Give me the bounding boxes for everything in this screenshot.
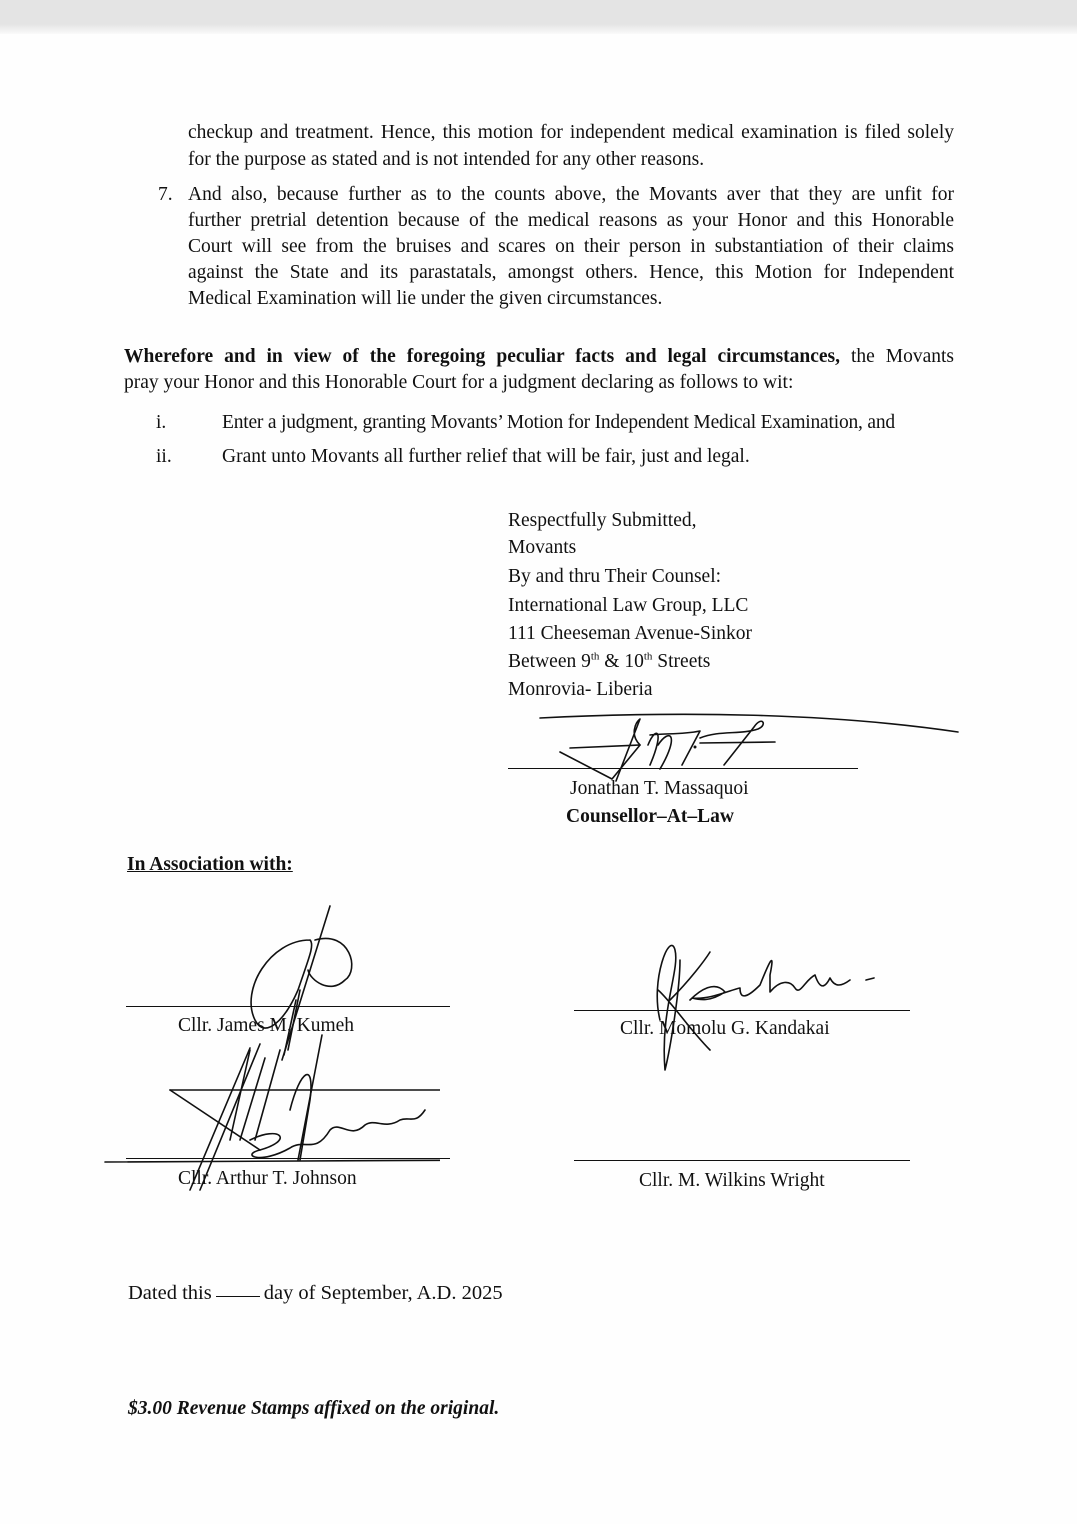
paragraph-line: for the purpose as stated and is not int… bbox=[188, 147, 954, 173]
signature-line bbox=[508, 768, 858, 769]
submission-line: By and thru Their Counsel: bbox=[508, 564, 721, 590]
dated-line: Dated thisday of September, A.D. 2025 bbox=[128, 1280, 503, 1306]
signature-line bbox=[574, 1160, 910, 1161]
relief-item-text: Grant unto Movants all further relief th… bbox=[222, 444, 750, 470]
submission-line: Respectfully Submitted, bbox=[508, 508, 696, 534]
paragraph-line: against the State and its parastatals, a… bbox=[188, 260, 954, 286]
paragraph-number: 7. bbox=[158, 182, 173, 208]
paragraph-line: checkup and treatment. Hence, this motio… bbox=[188, 120, 954, 146]
revenue-stamp-note: $3.00 Revenue Stamps affixed on the orig… bbox=[128, 1396, 499, 1422]
prayer-paragraph: Wherefore and in view of the foregoing p… bbox=[124, 344, 954, 396]
paragraph-line: Medical Examination will lie under the g… bbox=[188, 286, 954, 312]
signatory-name: Jonathan T. Massaquoi bbox=[570, 776, 749, 802]
signatory-name: Cllr. Momolu G. Kandakai bbox=[620, 1016, 830, 1042]
prayer-bold-lead: Wherefore and in view of the foregoing p… bbox=[124, 346, 840, 367]
document-page: checkup and treatment. Hence, this motio… bbox=[0, 0, 1077, 1524]
prayer-line-1-rest: the Movants bbox=[840, 346, 954, 367]
paragraph-line: And also, because further as to the coun… bbox=[188, 182, 954, 208]
relief-item-text: Enter a judgment, granting Movants’ Moti… bbox=[222, 410, 895, 436]
signatory-name: Cllr. James M. Kumeh bbox=[178, 1013, 354, 1039]
association-heading: In Association with: bbox=[127, 852, 293, 878]
signatory-title: Counsellor–At–Law bbox=[566, 804, 734, 830]
paragraph-7: And also, because further as to the coun… bbox=[188, 182, 954, 312]
paragraph-line: Court will see from the bruises and scar… bbox=[188, 234, 954, 260]
relief-item-number: i. bbox=[156, 410, 166, 436]
firm-name: International Law Group, LLC bbox=[508, 593, 748, 619]
firm-city: Monrovia- Liberia bbox=[508, 677, 653, 703]
signature-line bbox=[574, 1010, 910, 1011]
signatory-name: Cllr. Arthur T. Johnson bbox=[178, 1166, 357, 1192]
firm-address: 111 Cheeseman Avenue-Sinkor bbox=[508, 621, 752, 647]
relief-item-number: ii. bbox=[156, 444, 172, 470]
prayer-line-2: pray your Honor and this Honorable Court… bbox=[124, 370, 954, 396]
signature-kandakai bbox=[630, 930, 890, 1080]
prayer-line-1: Wherefore and in view of the foregoing p… bbox=[124, 344, 954, 370]
submission-line: Movants bbox=[508, 535, 576, 561]
signature-line bbox=[126, 1158, 450, 1159]
paragraph-6-continuation: checkup and treatment. Hence, this motio… bbox=[188, 120, 954, 173]
day-blank bbox=[216, 1296, 260, 1297]
signature-kumeh bbox=[230, 900, 370, 1070]
firm-streets: Between 9th & 10th Streets bbox=[508, 649, 710, 675]
paragraph-line: further pretrial detention because of th… bbox=[188, 208, 954, 234]
signature-line bbox=[126, 1006, 450, 1007]
signatory-name: Cllr. M. Wilkins Wright bbox=[639, 1168, 825, 1194]
